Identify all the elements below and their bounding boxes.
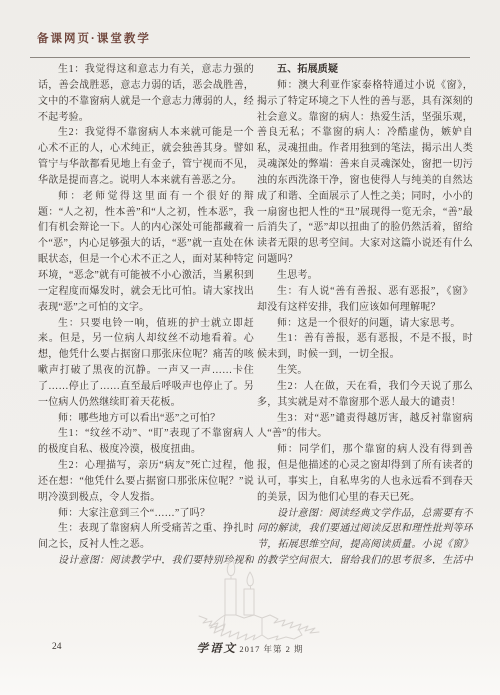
page-header: 备课网页·课堂教学: [37, 30, 151, 46]
page-footer: 24 学语文 2017 年第 2 期: [0, 640, 500, 658]
header-rule: [30, 57, 470, 58]
section-heading: 五、拓展质疑: [257, 62, 473, 78]
footer-journal-title: 学语文: [196, 643, 237, 655]
dialogue-paragraph: 生2：我觉得不靠窗病人本来就可能是一个心术不正的人，心术纯正，就会独善其身。譬如…: [38, 125, 254, 188]
header-section-title: 备课网页·课堂教学: [37, 33, 151, 45]
left-column: 生1：我觉得这和意志力有关，意志力强的话，善会战胜恶，意志力弱的话，恶会战胜善，…: [38, 62, 254, 564]
dialogue-paragraph: 师：大家注意到三个“……”了吗？: [38, 506, 254, 522]
candles-illustration: [198, 552, 322, 642]
dialogue-paragraph: 生思考。: [257, 268, 473, 284]
dialogue-paragraph: 生：有人说“善有善报、恶有恶报”，《窗》却没有这样安排，我们应该如何理解呢？: [257, 284, 473, 316]
dialogue-paragraph: 师：这是一个很好的问题，请大家思考。: [257, 316, 473, 332]
footer-journal-issue: 2017 年第 2 期: [239, 644, 303, 654]
footer-journal-line: 学语文 2017 年第 2 期: [0, 640, 500, 656]
dialogue-paragraph: 生笑。: [257, 363, 473, 379]
dialogue-paragraph: 生1：我觉得这和意志力有关，意志力强的话，善会战胜恶，意志力弱的话，恶会战胜善，…: [38, 62, 254, 125]
dialogue-paragraph: 师：同学们，那个靠窗的病人没有得到善报，但是他描述的心灵之窗却得到了所有读者的认…: [257, 442, 473, 505]
right-column: 五、拓展质疑 师：澳大利亚作家泰格特通过小说《窗》，揭示了特定环境之下人性的善与…: [257, 62, 473, 564]
dialogue-paragraph: 生1：“纹丝不动”、“盯”表现了不靠窗病人的极度自私、极度冷漠，极度扭曲。: [38, 426, 254, 458]
dialogue-paragraph: 师：澳大利亚作家泰格特通过小说《窗》，揭示了特定环境之下人性的善与恶，具有深刻的…: [257, 78, 473, 268]
dialogue-paragraph: 生：表现了靠窗病人所受痛苦之重、挣扎时间之长，反衬人性之恶。: [38, 521, 254, 553]
dialogue-paragraph: 生2：心理描写，亲历“病友”死亡过程，他还在想：“他凭什么要占据窗口那张床位呢？…: [38, 458, 254, 506]
journal-page-scan: 备课网页·课堂教学 生1：我觉得这和意志力有关，意志力强的话，善会战胜恶，意志力…: [0, 0, 500, 695]
dialogue-paragraph: 生1：善有善报，恶有恶报，不是不报，时候未到，时候一到，一切全报。: [257, 331, 473, 363]
dialogue-paragraph: 生3：对“恶”谴责得越厉害，越反衬靠窗病人“善”的伟大。: [257, 411, 473, 443]
dialogue-paragraph: 生2：人在做，天在看，我们今天说了那么多，其实就是对不靠窗那个恶人最大的谴责！: [257, 379, 473, 411]
dialogue-paragraph: 生：只要电铃一响，值班的护士就立即赶来。但是，另一位病人却纹丝不动地看着。心想，…: [38, 316, 254, 411]
dialogue-paragraph: 师：老师觉得这里面有一个很好的辩题：“人之初，性本善”和“人之初，性本恶”，我们…: [38, 189, 254, 316]
dialogue-paragraph: 师：哪些地方可以看出“恶”之可怕？: [38, 411, 254, 427]
